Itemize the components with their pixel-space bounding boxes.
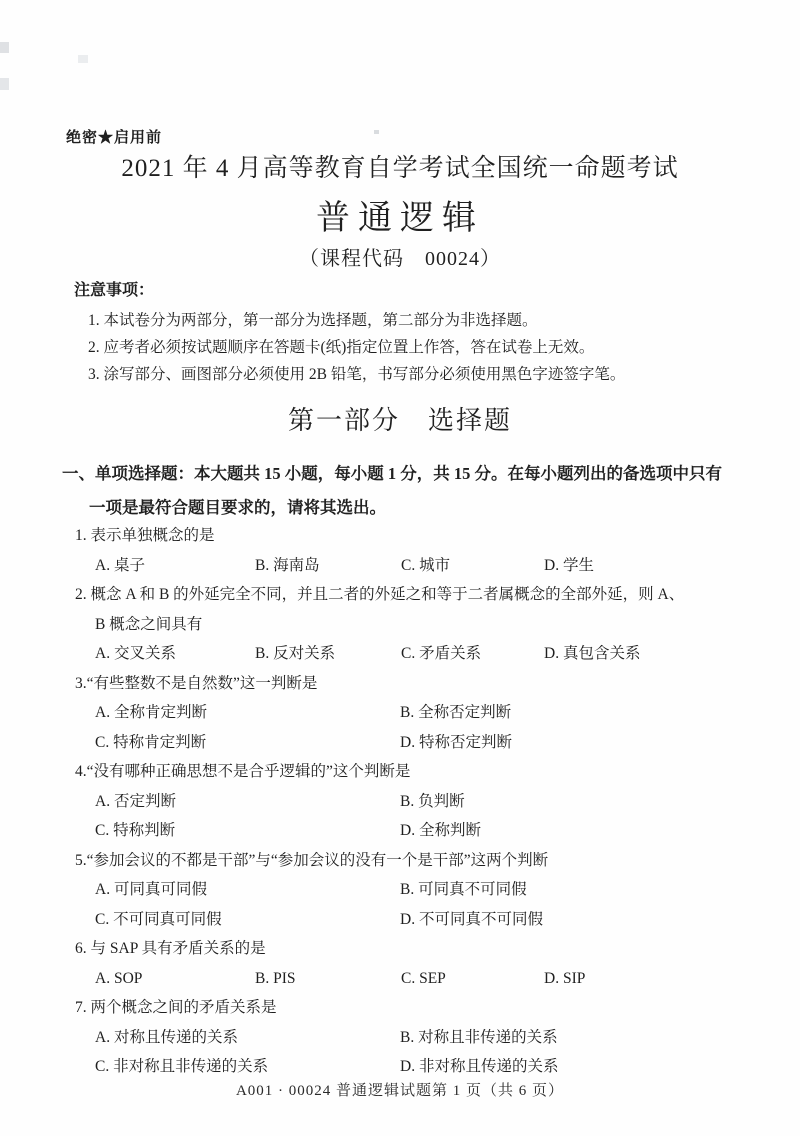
question-7-options-row-1: A. 对称且传递的关系 B. 对称且非传递的关系 <box>95 1023 770 1053</box>
question-7-options-row-2: C. 非对称且非传递的关系 D. 非对称且传递的关系 <box>95 1052 770 1082</box>
question-5-option-a: A. 可同真可同假 <box>95 875 400 905</box>
question-5-stem: 5.“参加会议的不都是干部”与“参加会议的没有一个是干部”这两个判断 <box>75 846 770 876</box>
question-4-option-c: C. 特称判断 <box>95 816 400 846</box>
question-7: 7. 两个概念之间的矛盾关系是 A. 对称且传递的关系 B. 对称且非传递的关系… <box>75 993 770 1082</box>
question-3-option-d: D. 特称否定判断 <box>400 728 770 758</box>
question-1-option-a: A. 桌子 <box>95 551 255 581</box>
page-footer: A001 · 00024 普通逻辑试题第 1 页（共 6 页） <box>0 1079 800 1100</box>
classification-label: 绝密★启用前 <box>66 126 162 147</box>
question-1-option-c: C. 城市 <box>401 551 544 581</box>
question-2-options: A. 交叉关系 B. 反对关系 C. 矛盾关系 D. 真包含关系 <box>95 639 770 669</box>
question-6-option-b: B. PIS <box>255 964 401 994</box>
exam-paper-page: 绝密★启用前 2021 年 4 月高等教育自学考试全国统一命题考试 普通逻辑 （… <box>0 0 800 1136</box>
scan-artifact <box>374 130 379 134</box>
question-5-option-c: C. 不可同真可同假 <box>95 905 400 935</box>
notice-item-2: 2. 应考者必须按试题顺序在答题卡(纸)指定位置上作答，答在试卷上无效。 <box>62 334 760 361</box>
course-code: （课程代码 00024） <box>0 242 800 271</box>
question-3: 3.“有些整数不是自然数”这一判断是 A. 全称肯定判断 B. 全称否定判断 C… <box>75 669 770 758</box>
question-2-stem-line-2: B 概念之间具有 <box>75 610 770 640</box>
question-1-option-d: D. 学生 <box>544 551 770 581</box>
question-6: 6. 与 SAP 具有矛盾关系的是 A. SOP B. PIS C. SEP D… <box>75 934 770 993</box>
question-6-option-a: A. SOP <box>95 964 255 994</box>
paper-title: 普通逻辑 <box>0 190 800 239</box>
notice-item-1: 1. 本试卷分为两部分，第一部分为选择题，第二部分为非选择题。 <box>62 307 760 334</box>
question-2-option-d: D. 真包含关系 <box>544 639 770 669</box>
question-3-options-row-2: C. 特称肯定判断 D. 特称否定判断 <box>95 728 770 758</box>
scan-artifact <box>0 78 9 90</box>
question-1-option-b: B. 海南岛 <box>255 551 401 581</box>
exam-session-title: 2021 年 4 月高等教育自学考试全国统一命题考试 <box>0 148 800 184</box>
question-2-stem-line-1: 2. 概念 A 和 B 的外延完全不同，并且二者的外延之和等于二者属概念的全部外… <box>75 580 770 610</box>
question-2-option-c: C. 矛盾关系 <box>401 639 544 669</box>
question-6-stem: 6. 与 SAP 具有矛盾关系的是 <box>75 934 770 964</box>
question-2-option-b: B. 反对关系 <box>255 639 401 669</box>
notice-item-3: 3. 涂写部分、画图部分必须使用 2B 铅笔，书写部分必须使用黑色字迹签字笔。 <box>62 361 760 388</box>
notices-heading: 注意事项： <box>62 277 760 300</box>
question-1: 1. 表示单独概念的是 A. 桌子 B. 海南岛 C. 城市 D. 学生 <box>75 521 770 580</box>
question-7-option-a: A. 对称且传递的关系 <box>95 1023 400 1053</box>
scan-artifact <box>78 55 88 63</box>
question-4-option-a: A. 否定判断 <box>95 787 400 817</box>
question-4: 4.“没有哪种正确思想不是合乎逻辑的”这个判断是 A. 否定判断 B. 负判断 … <box>75 757 770 846</box>
question-4-stem: 4.“没有哪种正确思想不是合乎逻辑的”这个判断是 <box>75 757 770 787</box>
question-3-option-c: C. 特称肯定判断 <box>95 728 400 758</box>
questions-list: 1. 表示单独概念的是 A. 桌子 B. 海南岛 C. 城市 D. 学生 2. … <box>75 521 770 1082</box>
question-7-stem: 7. 两个概念之间的矛盾关系是 <box>75 993 770 1023</box>
question-5-option-b: B. 可同真不可同假 <box>400 875 770 905</box>
question-1-options: A. 桌子 B. 海南岛 C. 城市 D. 学生 <box>95 551 770 581</box>
question-5: 5.“参加会议的不都是干部”与“参加会议的没有一个是干部”这两个判断 A. 可同… <box>75 846 770 935</box>
question-7-option-c: C. 非对称且非传递的关系 <box>95 1052 400 1082</box>
question-4-option-d: D. 全称判断 <box>400 816 770 846</box>
question-6-option-c: C. SEP <box>401 964 544 994</box>
section-intro-line-1: 一、单项选择题：本大题共 15 小题，每小题 1 分，共 15 分。在每小题列出… <box>62 457 760 491</box>
part-heading: 第一部分 选择题 <box>0 400 800 437</box>
question-7-option-d: D. 非对称且传递的关系 <box>400 1052 770 1082</box>
scan-artifact <box>0 42 9 53</box>
question-3-stem: 3.“有些整数不是自然数”这一判断是 <box>75 669 770 699</box>
question-7-option-b: B. 对称且非传递的关系 <box>400 1023 770 1053</box>
question-5-option-d: D. 不可同真不可同假 <box>400 905 770 935</box>
question-4-options-row-2: C. 特称判断 D. 全称判断 <box>95 816 770 846</box>
question-2: 2. 概念 A 和 B 的外延完全不同，并且二者的外延之和等于二者属概念的全部外… <box>75 580 770 669</box>
question-4-options-row-1: A. 否定判断 B. 负判断 <box>95 787 770 817</box>
question-1-stem: 1. 表示单独概念的是 <box>75 521 770 551</box>
section-intro: 一、单项选择题：本大题共 15 小题，每小题 1 分，共 15 分。在每小题列出… <box>62 457 760 525</box>
question-3-options-row-1: A. 全称肯定判断 B. 全称否定判断 <box>95 698 770 728</box>
question-2-option-a: A. 交叉关系 <box>95 639 255 669</box>
question-3-option-a: A. 全称肯定判断 <box>95 698 400 728</box>
question-5-options-row-1: A. 可同真可同假 B. 可同真不可同假 <box>95 875 770 905</box>
question-6-options: A. SOP B. PIS C. SEP D. SIP <box>95 964 770 994</box>
section-intro-line-2: 一项是最符合题目要求的，请将其选出。 <box>62 491 760 525</box>
question-6-option-d: D. SIP <box>544 964 770 994</box>
question-5-options-row-2: C. 不可同真可同假 D. 不可同真不可同假 <box>95 905 770 935</box>
question-3-option-b: B. 全称否定判断 <box>400 698 770 728</box>
question-4-option-b: B. 负判断 <box>400 787 770 817</box>
notices-section: 注意事项： 1. 本试卷分为两部分，第一部分为选择题，第二部分为非选择题。 2.… <box>62 277 760 388</box>
